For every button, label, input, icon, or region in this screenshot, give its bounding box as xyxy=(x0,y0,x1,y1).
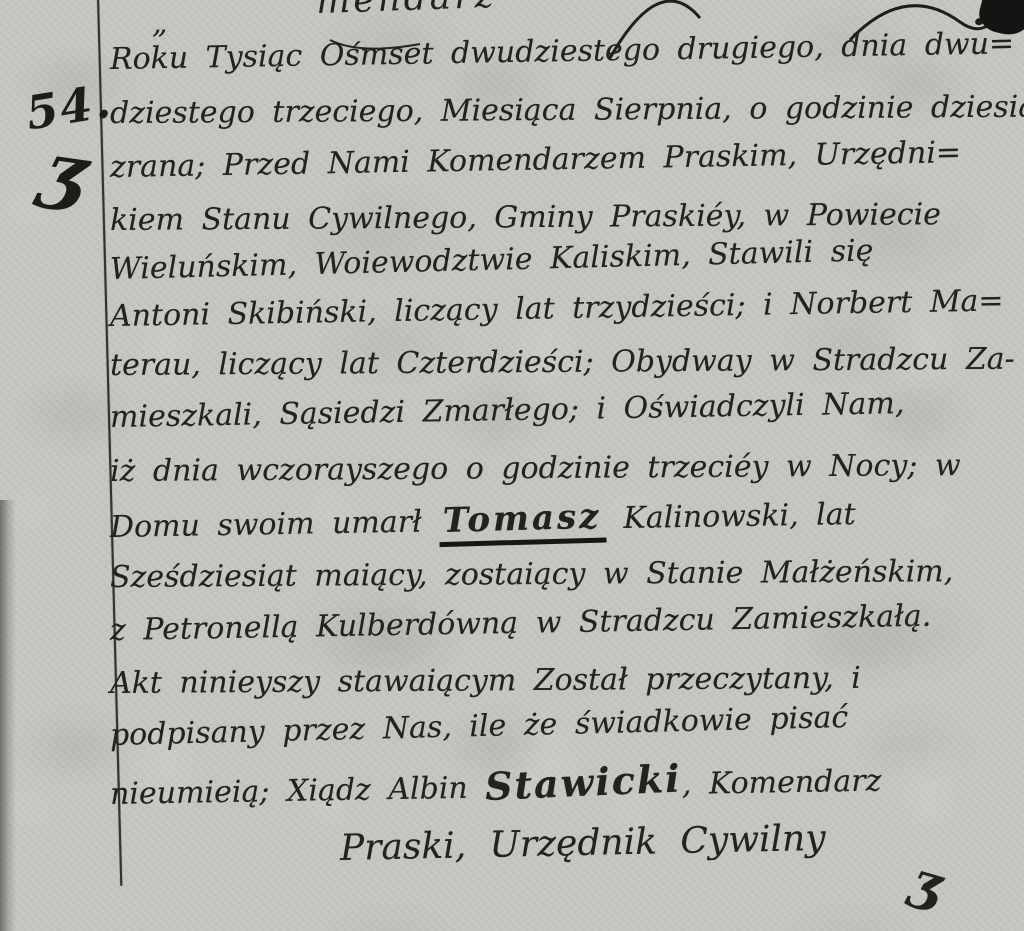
ditto-mark: „ xyxy=(152,6,168,41)
priest-signature: Stawicki xyxy=(484,755,682,809)
line-15-after: , Komendarz xyxy=(682,764,882,802)
record-line-4: kiem Stanu Cywilnego, Gminy Praskiéy, w … xyxy=(110,197,941,238)
line-10-after: Kalinowski, lat xyxy=(606,497,856,536)
deceased-name: Tomasz xyxy=(439,496,607,547)
line-10-before: Domu swoim umarł xyxy=(110,504,440,545)
record-line-11: Sześdziesiąt maiący, zostaiący w Stanie … xyxy=(110,554,953,595)
record-line-2: dziestego trzeciego, Miesiąca Sierpnia, … xyxy=(110,89,1024,131)
line-15-before: nieumieią; Xiądz Albin xyxy=(110,770,486,812)
book-binding-edge xyxy=(0,500,16,931)
record-line-9: iż dnia wczorayszego o godzinie trzeciéy… xyxy=(110,448,961,489)
record-line-7: terau, liczący lat Czterdzieści; Obydway… xyxy=(110,342,1015,383)
record-line-13: Akt ninieyszy stawaiącym Został przeczyt… xyxy=(110,661,861,701)
